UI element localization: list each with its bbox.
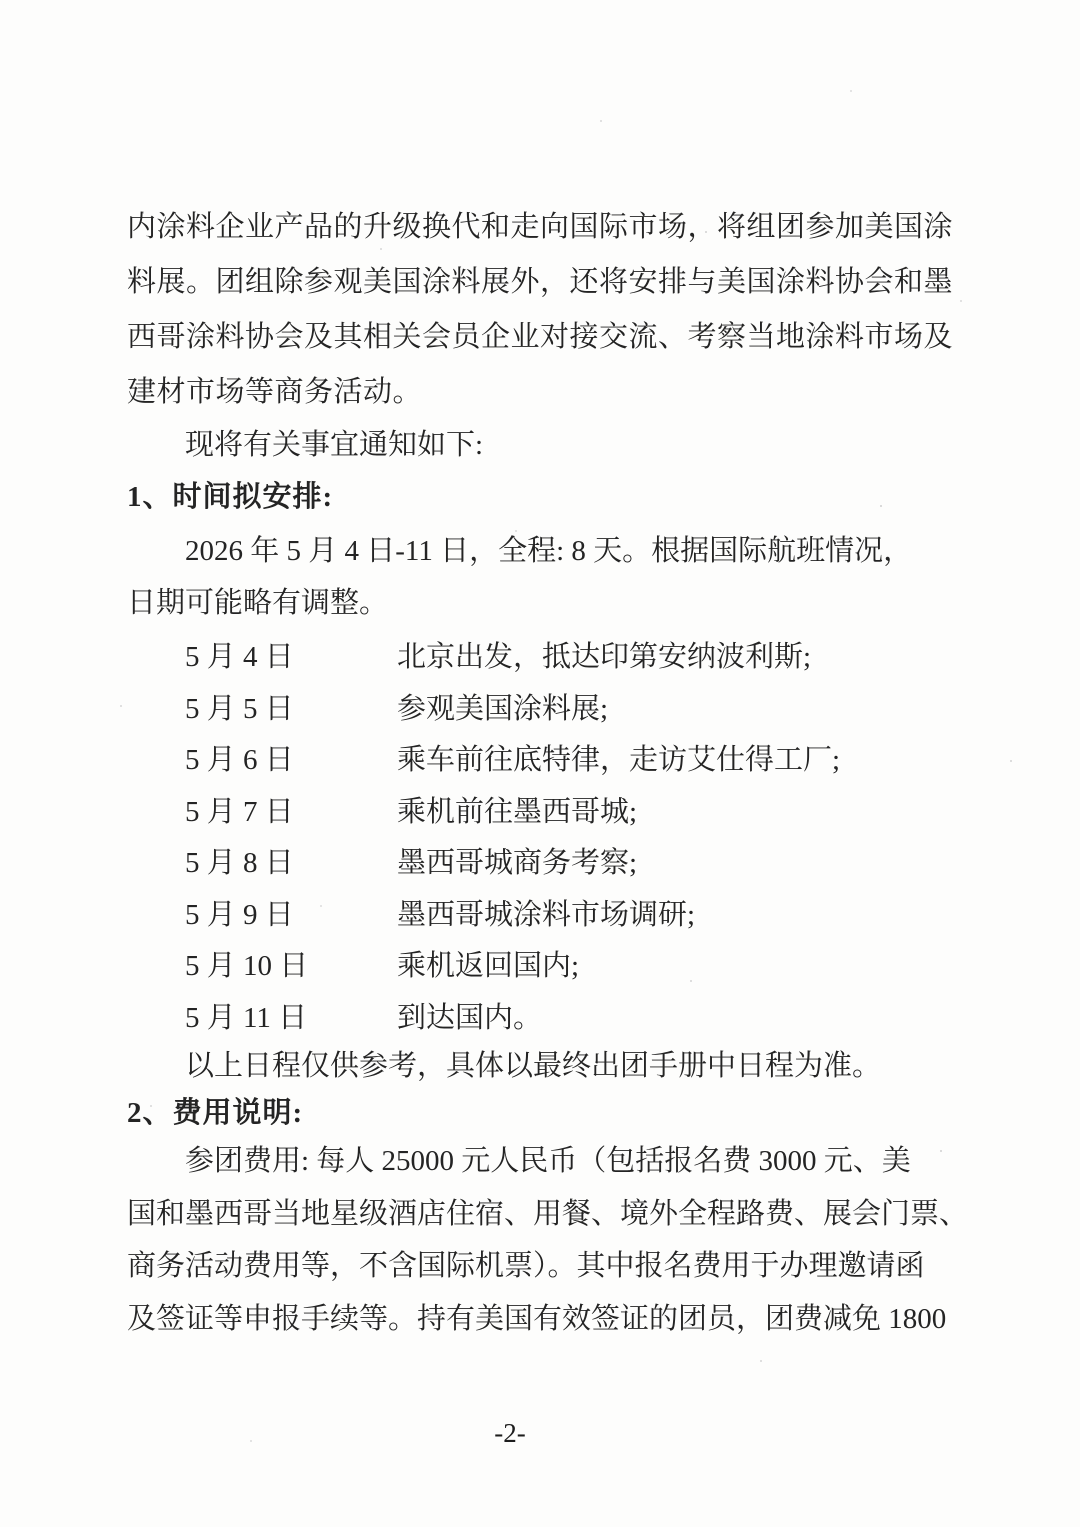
itinerary-activity: 墨西哥城涂料市场调研; [397, 892, 695, 933]
itinerary-date: 5 月 9 日 [185, 892, 397, 933]
document-body: 内涂料企业产品的升级换代和走向国际市场，将组团参加美国涂 料展。团组除参观美国涂… [127, 200, 943, 1345]
itinerary-row: 5 月 5 日 参观美国涂料展; [127, 681, 943, 733]
itinerary-row: 5 月 8 日 墨西哥城商务考察; [127, 835, 943, 887]
itinerary-activity: 乘机返回国内; [397, 943, 579, 984]
itinerary-date: 5 月 8 日 [185, 840, 397, 881]
itinerary-date: 5 月 11 日 [185, 995, 397, 1036]
itinerary-row: 5 月 7 日 乘机前往墨西哥城; [127, 784, 943, 836]
itinerary-row: 5 月 11 日 到达国内。 [127, 990, 943, 1042]
scan-noise [0, 0, 2, 2]
itinerary-disclaimer: 以上日程仅供参考，具体以最终出团手册中日程为准。 [127, 1041, 943, 1091]
itinerary-date: 5 月 7 日 [185, 789, 397, 830]
paragraph-line: 内涂料企业产品的升级换代和走向国际市场，将组团参加美国涂 [127, 200, 943, 255]
section-2-heading: 2、费用说明: [127, 1091, 943, 1135]
itinerary-row: 5 月 10 日 乘机返回国内; [127, 938, 943, 990]
paragraph-line: 参团费用: 每人 25000 元人民币（包括报名费 3000 元、美 [127, 1135, 943, 1188]
itinerary-activity: 乘机前往墨西哥城; [397, 789, 637, 830]
paragraph-line: 料展。团组除参观美国涂料展外，还将安排与美国涂料协会和墨 [127, 255, 943, 310]
time-arrangement-paragraph: 2026 年 5 月 4 日-11 日，全程: 8 天。根据国际航班情况， 日期… [127, 525, 943, 629]
fee-description-paragraph: 参团费用: 每人 25000 元人民币（包括报名费 3000 元、美 国和墨西哥… [127, 1135, 943, 1345]
itinerary-row: 5 月 9 日 墨西哥城涂料市场调研; [127, 887, 943, 939]
itinerary-date: 5 月 10 日 [185, 943, 397, 984]
notice-intro-line: 现将有关事宜通知如下: [127, 420, 943, 470]
itinerary-date: 5 月 6 日 [185, 737, 397, 778]
paragraph-line: 及签证等申报手续等。持有美国有效签证的团员，团费减免 1800 [127, 1293, 943, 1346]
section-1-heading: 1、时间拟安排: [127, 470, 943, 525]
paragraph-line: 西哥涂料协会及其相关会员企业对接交流、考察当地涂料市场及 [127, 310, 943, 365]
itinerary-activity: 北京出发，抵达印第安纳波利斯; [397, 634, 811, 675]
itinerary-activity: 到达国内。 [397, 995, 542, 1036]
itinerary-activity: 乘车前往底特律，走访艾仕得工厂; [397, 737, 840, 778]
paragraph-line: 日期可能略有调整。 [127, 577, 943, 629]
paragraph-line: 国和墨西哥当地星级酒店住宿、用餐、境外全程路费、展会门票、 [127, 1188, 943, 1241]
itinerary-date: 5 月 5 日 [185, 686, 397, 727]
itinerary-row: 5 月 4 日 北京出发，抵达印第安纳波利斯; [127, 629, 943, 681]
page-number: -2- [455, 1413, 565, 1453]
intro-paragraph: 内涂料企业产品的升级换代和走向国际市场，将组团参加美国涂 料展。团组除参观美国涂… [127, 200, 943, 420]
itinerary-date: 5 月 4 日 [185, 634, 397, 675]
paragraph-line: 建材市场等商务活动。 [127, 365, 943, 420]
scanned-document-page: 内涂料企业产品的升级换代和走向国际市场，将组团参加美国涂 料展。团组除参观美国涂… [0, 0, 1080, 1527]
itinerary-activity: 参观美国涂料展; [397, 686, 608, 727]
itinerary-activity: 墨西哥城商务考察; [397, 840, 637, 881]
itinerary-list: 5 月 4 日 北京出发，抵达印第安纳波利斯; 5 月 5 日 参观美国涂料展;… [127, 629, 943, 1041]
itinerary-row: 5 月 6 日 乘车前往底特律，走访艾仕得工厂; [127, 732, 943, 784]
paragraph-line: 2026 年 5 月 4 日-11 日，全程: 8 天。根据国际航班情况， [127, 525, 943, 577]
paragraph-line: 商务活动费用等，不含国际机票）。其中报名费用于办理邀请函 [127, 1240, 943, 1293]
